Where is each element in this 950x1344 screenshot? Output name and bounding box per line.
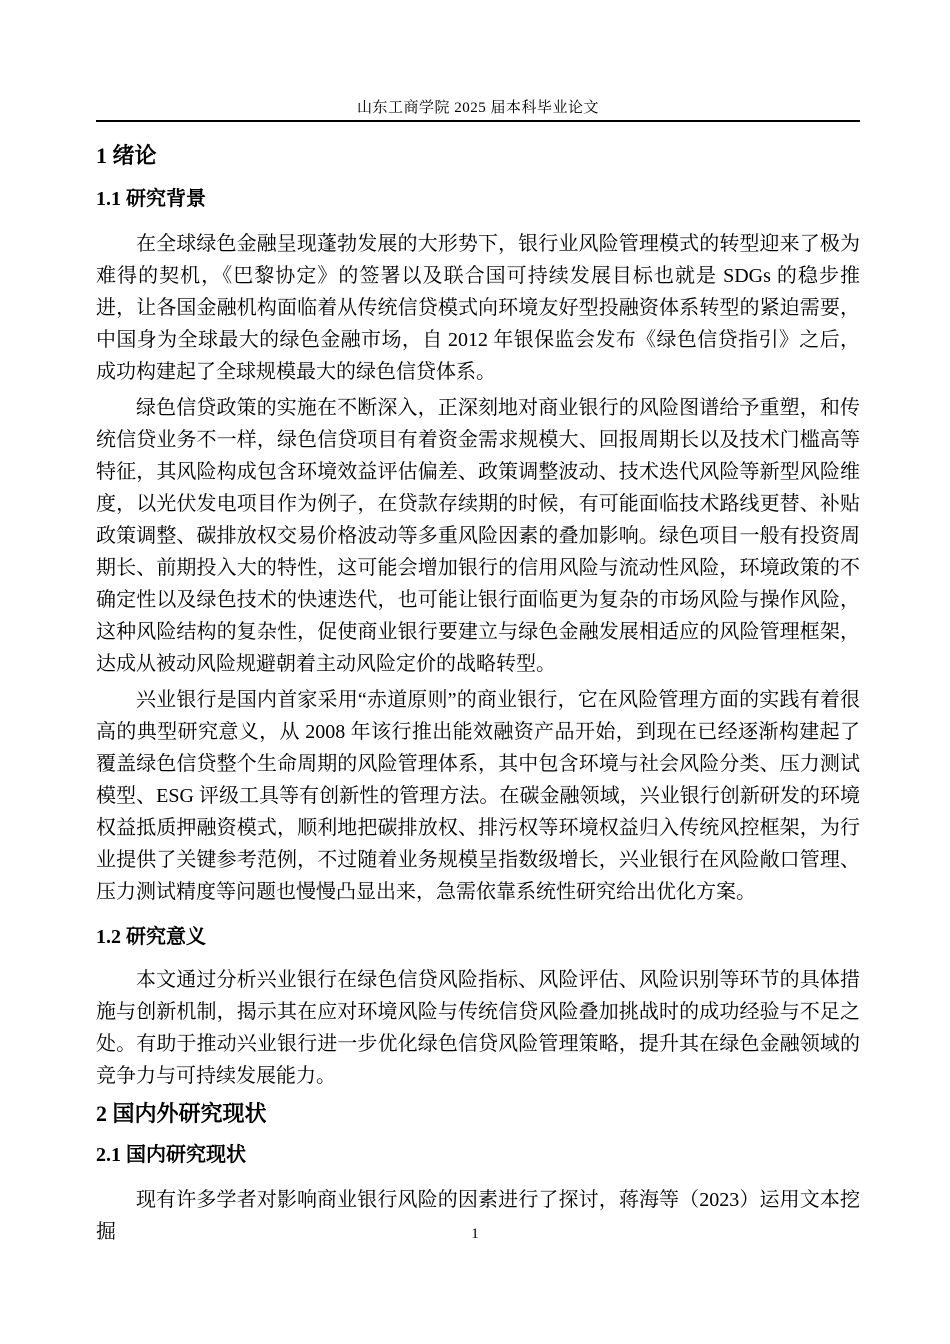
paragraph-research-background-1: 在全球绿色金融呈现蓬勃发展的大形势下，银行业风险管理模式的转型迎来了极为难得的契… (96, 228, 860, 388)
running-header: 山东工商学院 2025 届本科毕业论文 (96, 0, 860, 122)
thesis-page: 山东工商学院 2025 届本科毕业论文 1 绪论 1.1 研究背景 在全球绿色金… (0, 0, 950, 1344)
chapter-1-heading: 1 绪论 (96, 142, 860, 170)
section-1-1-heading: 1.1 研究背景 (96, 186, 860, 212)
paragraph-research-significance: 本文通过分析兴业银行在绿色信贷风险指标、风险评估、风险识别等环节的具体措施与创新… (96, 964, 860, 1092)
section-2-1-heading: 2.1 国内研究现状 (96, 1142, 860, 1168)
chapter-2-heading: 2 国内外研究现状 (96, 1100, 860, 1128)
paragraph-research-background-2: 绿色信贷政策的实施在不断深入，正深刻地对商业银行的风险图谱给予重塑，和传统信贷业… (96, 392, 860, 680)
paragraph-research-background-3: 兴业银行是国内首家采用“赤道原则”的商业银行，它在风险管理方面的实践有着很高的典… (96, 684, 860, 908)
section-1-2-heading: 1.2 研究意义 (96, 924, 860, 950)
page-number: 1 (0, 1224, 950, 1244)
page-content: 山东工商学院 2025 届本科毕业论文 1 绪论 1.1 研究背景 在全球绿色金… (96, 0, 860, 1248)
